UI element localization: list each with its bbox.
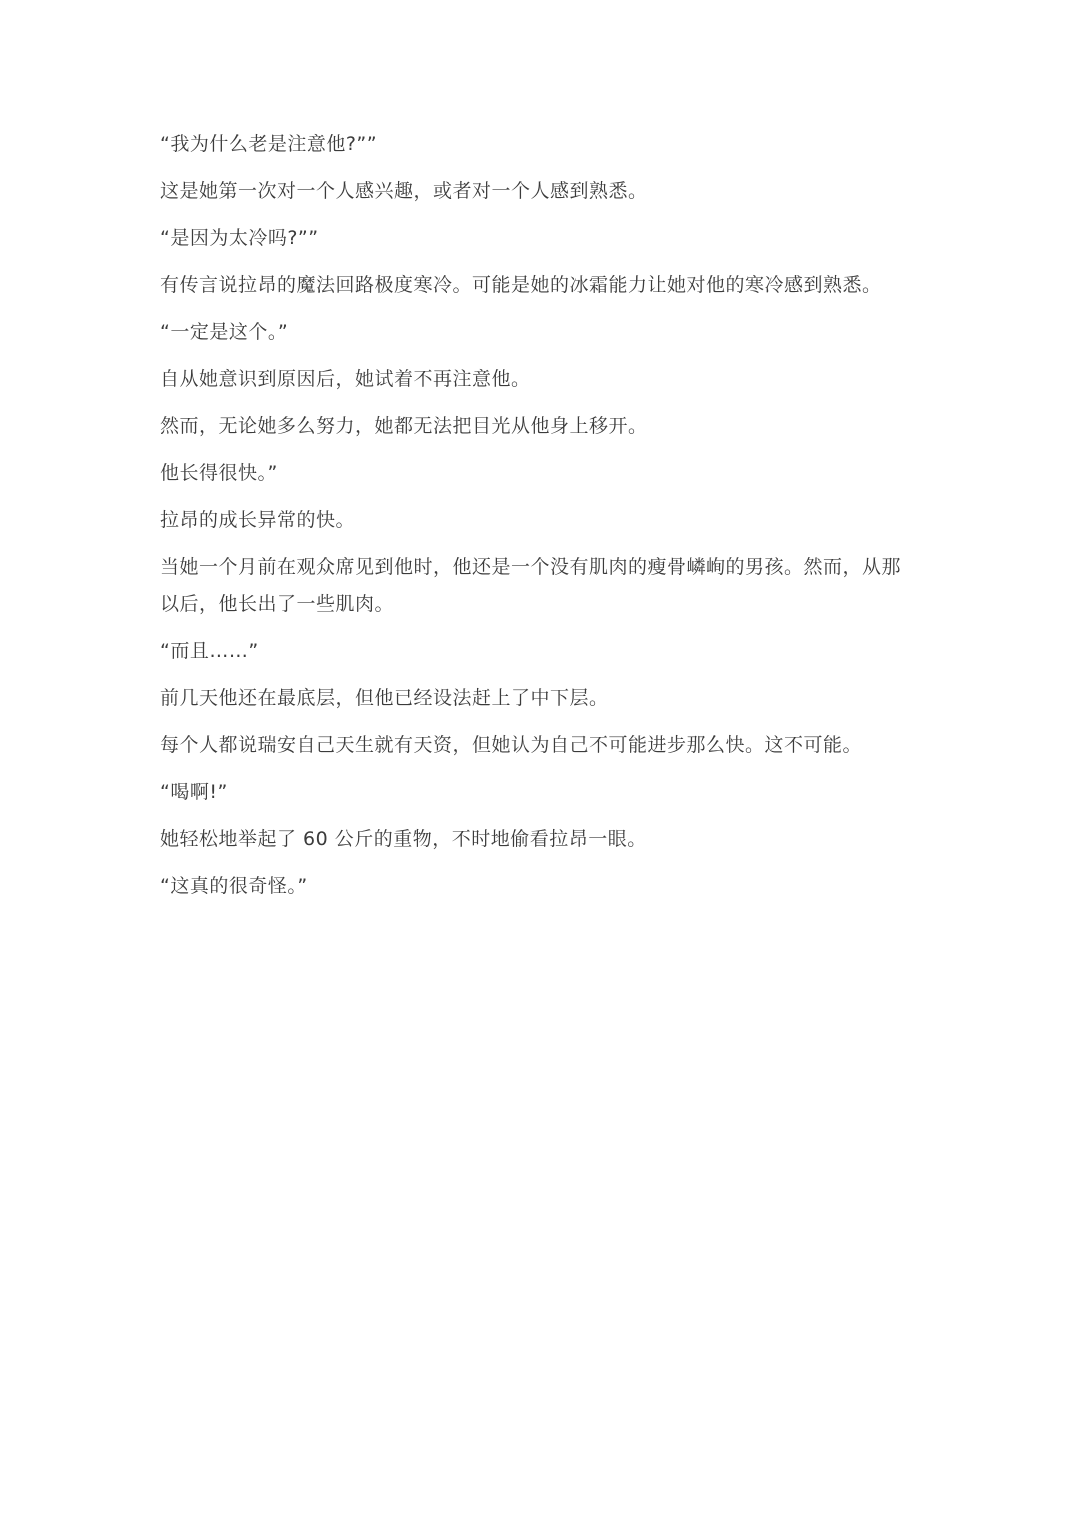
paragraph: 然而，无论她多么努力，她都无法把目光从他身上移开。: [160, 408, 906, 445]
paragraph: 当她一个月前在观众席见到他时，他还是一个没有肌肉的瘦骨嶙峋的男孩。然而，从那以后…: [160, 549, 906, 623]
paragraph: 每个人都说瑞安自己天生就有天资，但她认为自己不可能进步那么快。这不可能。: [160, 727, 906, 764]
paragraph: 有传言说拉昂的魔法回路极度寒冷。可能是她的冰霜能力让她对他的寒冷感到熟悉。: [160, 267, 906, 304]
paragraph: “这真的很奇怪。”: [160, 868, 906, 905]
document-page: “我为什么老是注意他?”” 这是她第一次对一个人感兴趣，或者对一个人感到熟悉。 …: [0, 0, 1074, 1519]
paragraph: “而且……”: [160, 633, 906, 670]
text-block: “我为什么老是注意他?”” 这是她第一次对一个人感兴趣，或者对一个人感到熟悉。 …: [160, 126, 906, 915]
paragraph: 自从她意识到原因后，她试着不再注意他。: [160, 361, 906, 398]
paragraph: 这是她第一次对一个人感兴趣，或者对一个人感到熟悉。: [160, 173, 906, 210]
paragraph: 他长得很快。”: [160, 455, 906, 492]
paragraph: “我为什么老是注意他?””: [160, 126, 906, 163]
paragraph: “是因为太冷吗?””: [160, 220, 906, 257]
paragraph: 她轻松地举起了 60 公斤的重物，不时地偷看拉昂一眼。: [160, 821, 906, 858]
paragraph: 前几天他还在最底层，但他已经设法赶上了中下层。: [160, 680, 906, 717]
paragraph: 拉昂的成长异常的快。: [160, 502, 906, 539]
paragraph: “一定是这个。”: [160, 314, 906, 351]
paragraph: “喝啊!”: [160, 774, 906, 811]
